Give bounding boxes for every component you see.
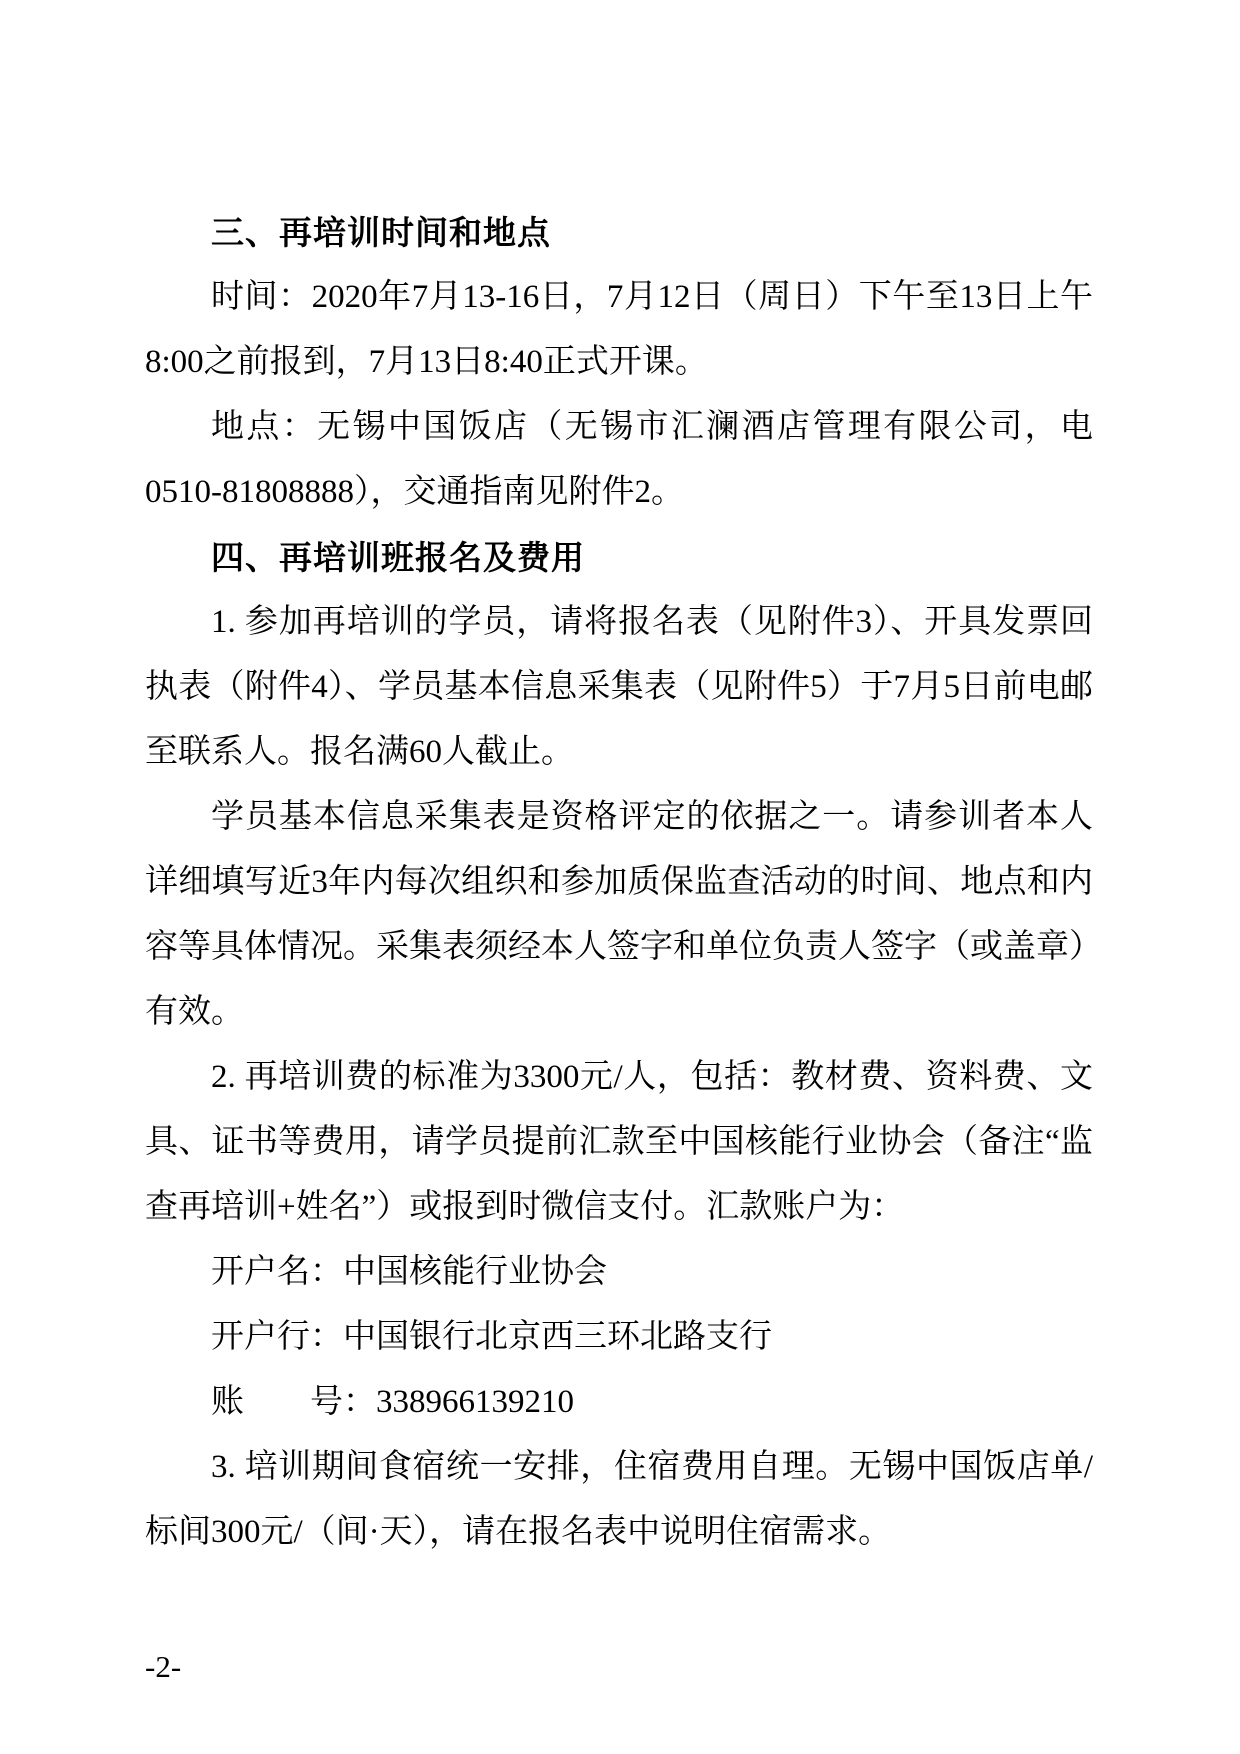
paragraph-info-line-2: 详细填写近3年内每次组织和参加质保监查活动的时间、地点和内 xyxy=(145,850,1093,915)
section-heading-3: 三、再培训时间和地点 xyxy=(145,200,1093,265)
paragraph-item1-line-3: 至联系人。报名满60人截止。 xyxy=(145,720,1093,785)
paragraph-time-line-1: 时间：2020年7月13-16日，7月12日（周日）下午至13日上午 xyxy=(145,265,1093,330)
paragraph-info-line-4: 有效。 xyxy=(145,980,1093,1045)
paragraph-info-line-1: 学员基本信息采集表是资格评定的依据之一。请参训者本人 xyxy=(145,785,1093,850)
paragraph-location-line-2: 0510-81808888），交通指南见附件2。 xyxy=(145,460,1093,525)
account-number-line: 账 号：338966139210 xyxy=(145,1370,1093,1435)
document-body: 三、再培训时间和地点 时间：2020年7月13-16日，7月12日（周日）下午至… xyxy=(145,200,1093,1565)
paragraph-item1-line-2: 执表（附件4）、学员基本信息采集表（见附件5）于7月5日前电邮 xyxy=(145,655,1093,720)
paragraph-item1-line-1: 1. 参加再培训的学员，请将报名表（见附件3）、开具发票回 xyxy=(145,590,1093,655)
paragraph-item3-line-1: 3. 培训期间食宿统一安排，住宿费用自理。无锡中国饭店单/ xyxy=(145,1435,1093,1500)
section-heading-4: 四、再培训班报名及费用 xyxy=(145,525,1093,590)
paragraph-item2-line-1: 2. 再培训费的标准为3300元/人，包括：教材费、资料费、文 xyxy=(145,1045,1093,1110)
paragraph-info-line-3: 容等具体情况。采集表须经本人签字和单位负责人签字（或盖章） xyxy=(145,915,1093,980)
account-holder-line: 开户名：中国核能行业协会 xyxy=(145,1240,1093,1305)
page-number: -2- xyxy=(145,1634,181,1699)
paragraph-location-line-1: 地点：无锡中国饭店（无锡市汇澜酒店管理有限公司，电话： xyxy=(145,395,1093,460)
account-bank-line: 开户行：中国银行北京西三环北路支行 xyxy=(145,1305,1093,1370)
document-page: 三、再培训时间和地点 时间：2020年7月13-16日，7月12日（周日）下午至… xyxy=(0,0,1240,1754)
paragraph-item2-line-3: 查再培训+姓名”）或报到时微信支付。汇款账户为： xyxy=(145,1175,1093,1240)
paragraph-item3-line-2: 标间300元/（间·天），请在报名表中说明住宿需求。 xyxy=(145,1500,1093,1565)
paragraph-time-line-2: 8:00之前报到，7月13日8:40正式开课。 xyxy=(145,330,1093,395)
paragraph-item2-line-2: 具、证书等费用，请学员提前汇款至中国核能行业协会（备注“监 xyxy=(145,1110,1093,1175)
